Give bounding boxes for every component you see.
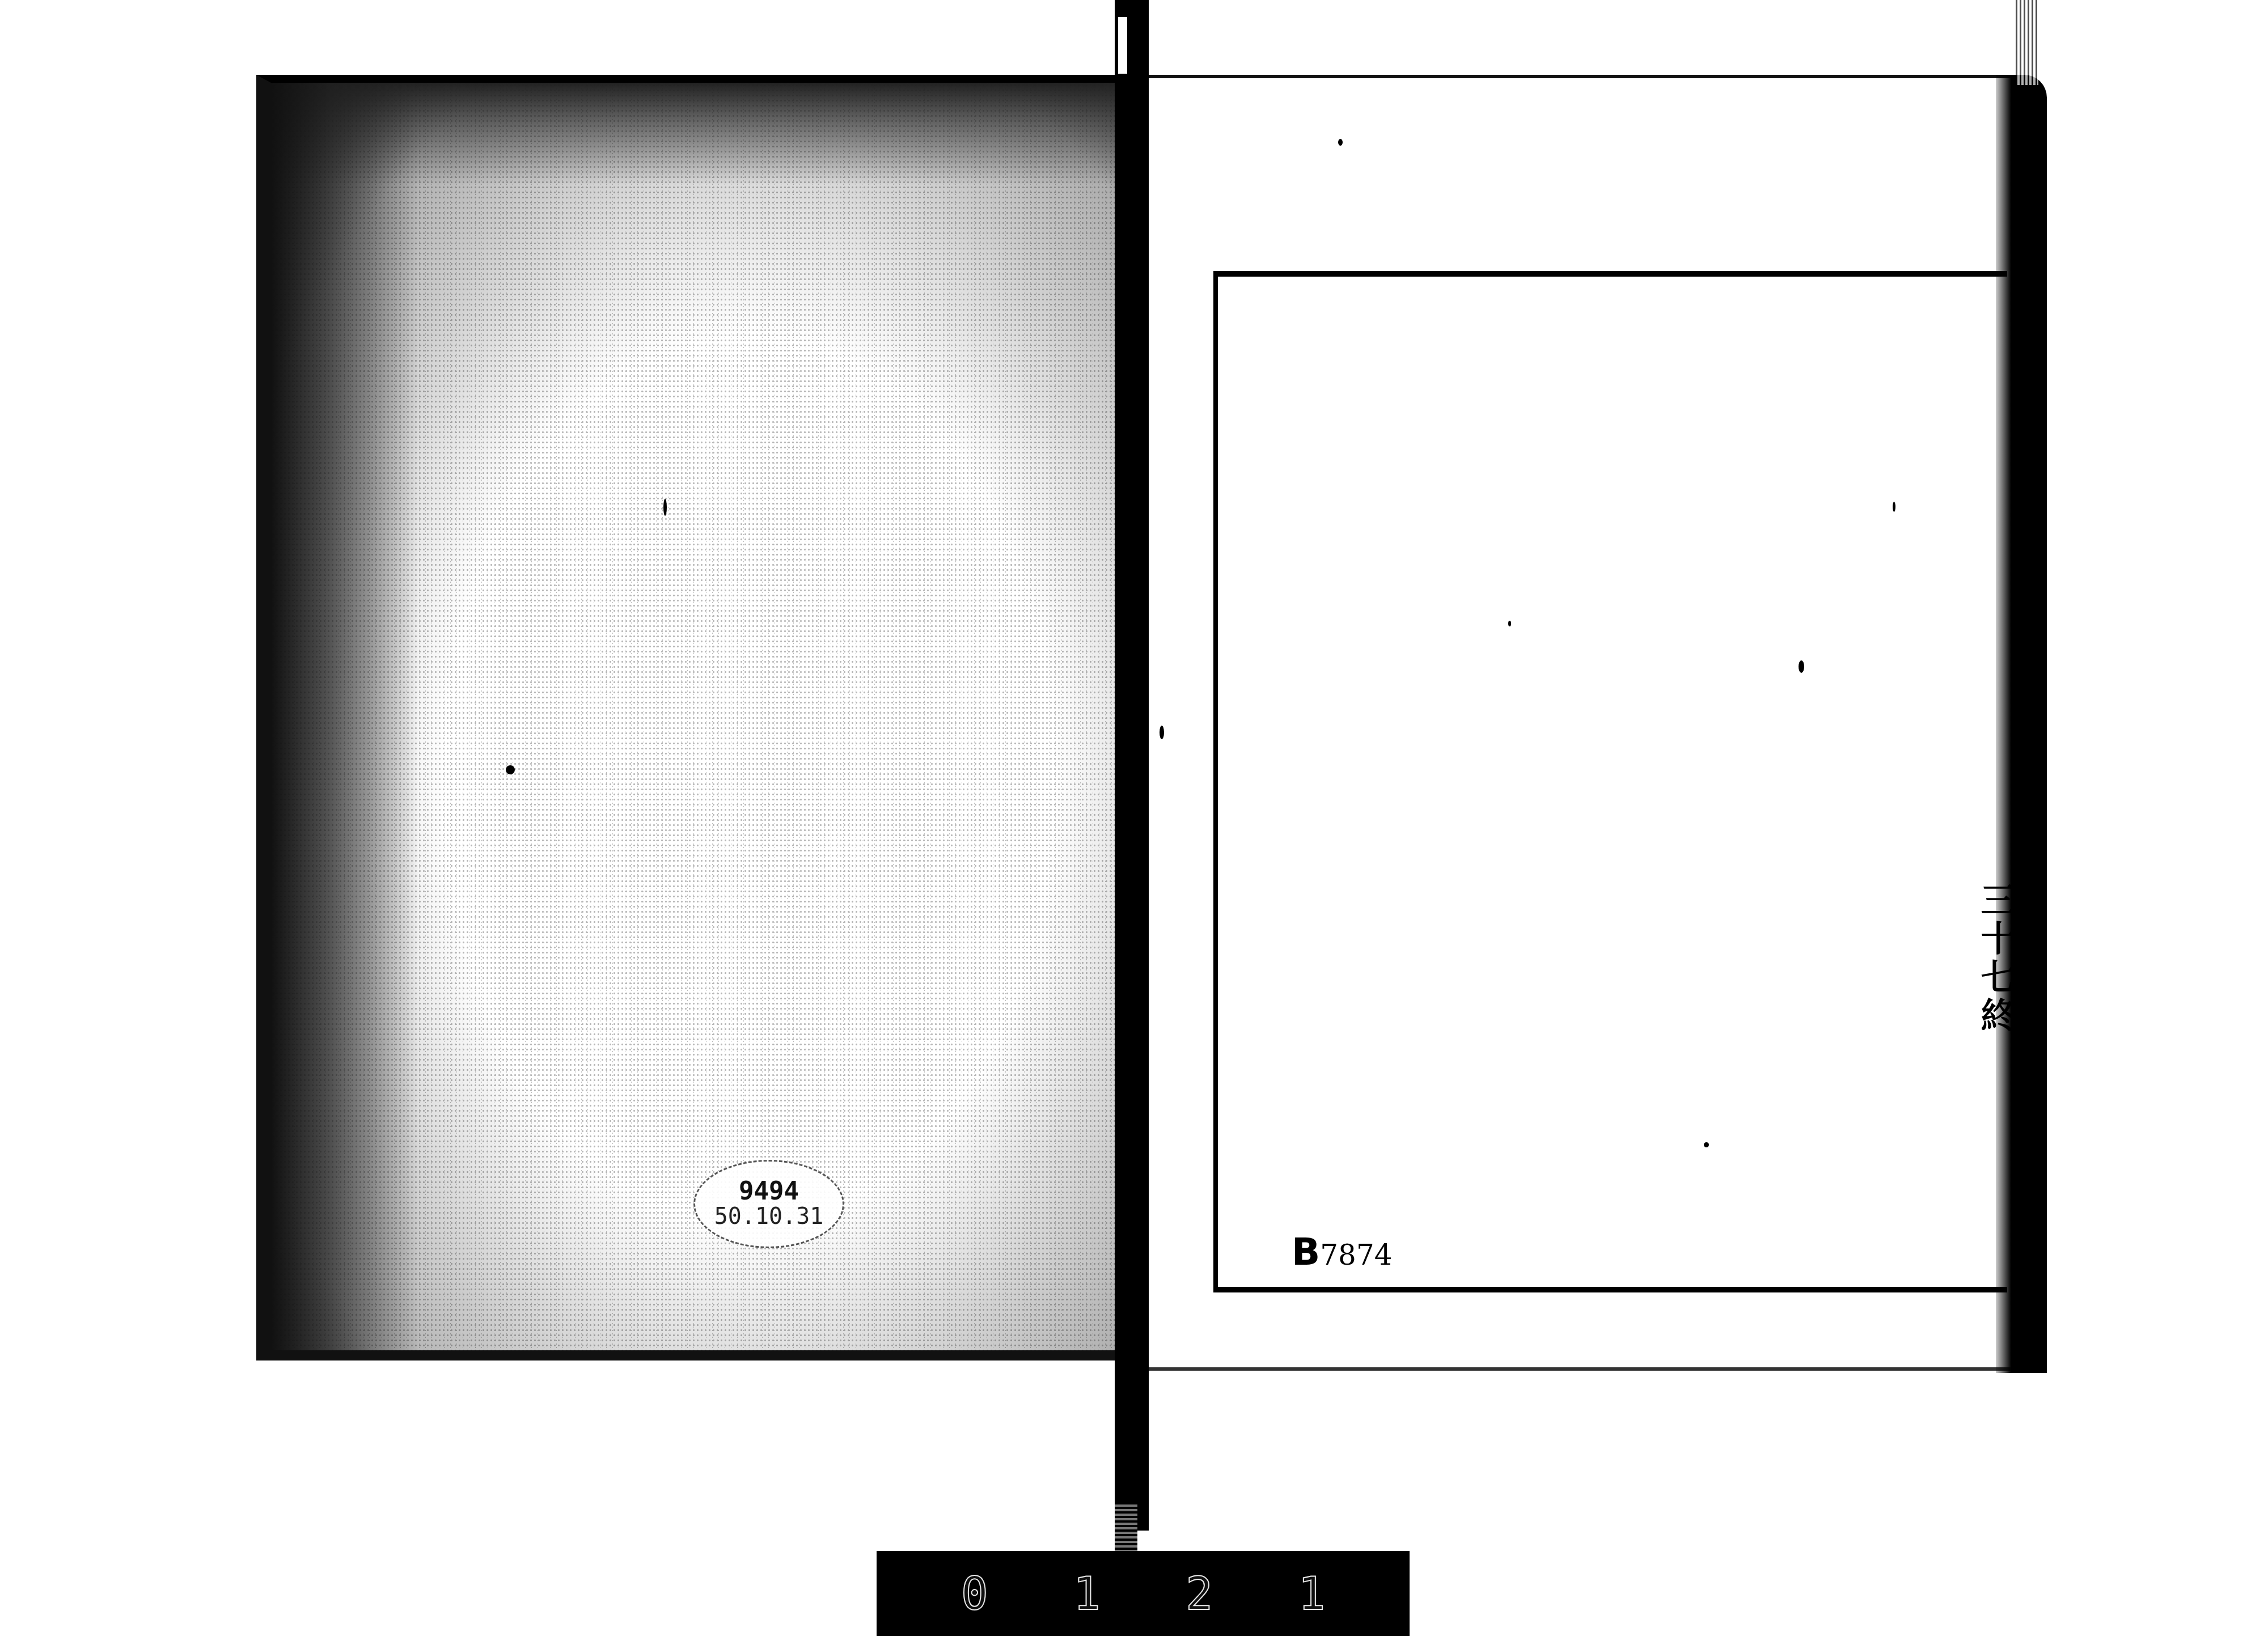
scan-speck — [1893, 502, 1895, 512]
book-spine — [1115, 0, 1149, 1531]
margin-chapter-end-text: 三十七終 — [1970, 881, 2021, 1036]
call-number-value: 7874 — [1320, 1239, 1392, 1271]
bottom-label-block: 0 1 2 1 — [877, 1551, 1410, 1636]
page-stack-edge — [2016, 0, 2038, 85]
left-page-back-cover: 9494 50.10.31 — [256, 75, 1141, 1360]
scan-speck — [506, 765, 515, 774]
label-digit: 1 — [1073, 1567, 1101, 1620]
label-digit: 1 — [1298, 1567, 1325, 1620]
spine-highlight — [1118, 17, 1127, 74]
scan-speck — [1508, 621, 1511, 626]
scan-speck — [1160, 726, 1164, 739]
label-digit: 2 — [1186, 1567, 1213, 1620]
scan-speck — [1704, 1142, 1709, 1147]
stamp-accession-number: 9494 — [739, 1179, 799, 1204]
scan-speck — [1338, 139, 1343, 146]
spine-tab — [1115, 1502, 1137, 1553]
stamp-date: 50.10.31 — [714, 1204, 824, 1229]
call-number-stamp: B7874 — [1292, 1230, 1393, 1274]
spine-divider — [1127, 0, 1129, 1531]
shadow-left — [271, 83, 418, 1350]
printed-text-frame — [1213, 271, 2007, 1292]
scan-speck — [663, 499, 667, 516]
call-number-prefix: B — [1292, 1230, 1320, 1274]
label-digit: 0 — [961, 1567, 988, 1620]
scan-speck — [1799, 660, 1804, 673]
library-acquisition-stamp: 9494 50.10.31 — [693, 1160, 844, 1248]
